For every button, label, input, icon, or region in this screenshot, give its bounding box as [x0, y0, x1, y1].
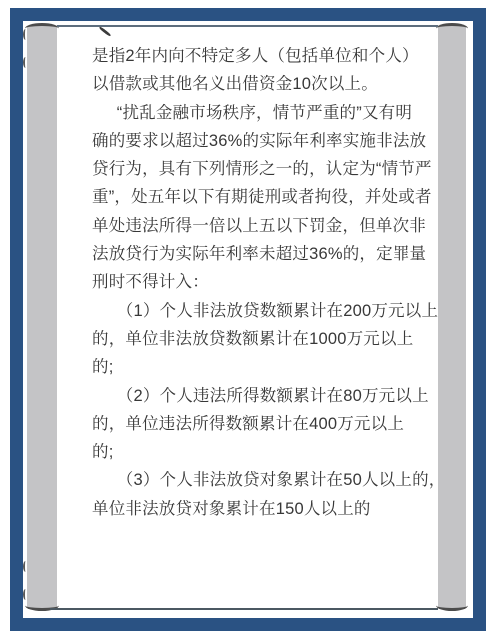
- text-line: 确的要求以超过36%的实际年利率实施非法放: [92, 127, 434, 155]
- text-line: 的;: [92, 438, 434, 466]
- text-line: 的，单位非法放贷数额累计在1000万元以上: [92, 325, 434, 353]
- text-line: 重”，处五年以下有期徒刑或者拘役，并处或者: [92, 183, 434, 211]
- text-line: （2）个人违法所得数额累计在80万元以上: [92, 382, 434, 410]
- page-bottom-edge-line: [50, 608, 438, 610]
- text-line: （3）个人非法放贷对象累计在50人以上的，: [92, 466, 434, 494]
- text-line: 单位非法放贷对象累计在150人以上的: [92, 495, 434, 523]
- text-line: 单处违法所得一倍以上五以下罚金，但单次非: [92, 212, 434, 240]
- right-scroll-edge: [438, 26, 466, 608]
- scroll-curl-mark: [23, 589, 28, 600]
- text-line: 以借款或其他名义出借资金10次以上。: [92, 70, 434, 98]
- page-top-edge-line: [57, 25, 438, 27]
- stray-ink-stroke: [99, 26, 112, 37]
- text-line: “扰乱金融市场秩序，情节严重的”又有明: [92, 99, 434, 127]
- text-line: （1）个人非法放贷数额累计在200万元以上: [92, 297, 434, 325]
- scroll-curl-mark: [23, 29, 28, 40]
- left-scroll-edge: [27, 26, 57, 608]
- text-line: 刑时不得计入：: [92, 268, 434, 296]
- document-card: 是指2年内向不特定多人（包括单位和个人） 以借款或其他名义出借资金10次以上。 …: [0, 0, 500, 640]
- document-text: 是指2年内向不特定多人（包括单位和个人） 以借款或其他名义出借资金10次以上。 …: [92, 42, 434, 523]
- scroll-curl-mark: [23, 561, 28, 572]
- blue-frame: 是指2年内向不特定多人（包括单位和个人） 以借款或其他名义出借资金10次以上。 …: [10, 8, 486, 631]
- text-line: 的，单位违法所得数额累计在400万元以上: [92, 410, 434, 438]
- scroll-curl-mark: [23, 57, 28, 68]
- text-line: 是指2年内向不特定多人（包括单位和个人）: [92, 42, 434, 70]
- text-line: 贷行为，具有下列情形之一的，认定为“情节严: [92, 155, 434, 183]
- text-line: 的;: [92, 353, 434, 381]
- text-line: 法放贷行为实际年利率未超过36%的，定罪量: [92, 240, 434, 268]
